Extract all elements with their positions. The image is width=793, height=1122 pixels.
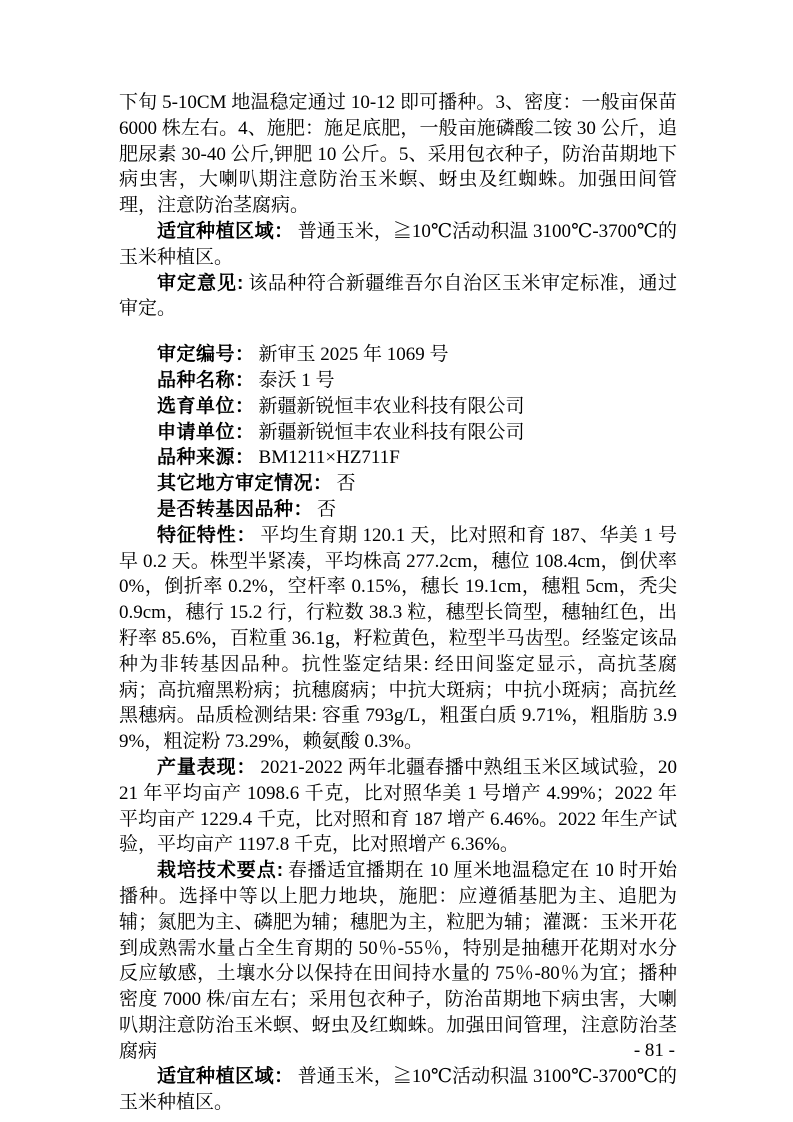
field-label: 品种来源： <box>157 447 255 468</box>
paragraph: 适宜种植区域：普通玉米，≧10℃活动积温 3100℃-3700℃的玉米种植区。 <box>119 1064 677 1116</box>
paragraph: 审定意见:该品种符合新疆维吾尔自治区玉米审定标准，通过审定。 <box>119 271 677 323</box>
field-value: 否 <box>337 473 356 494</box>
field-value: 泰沃 1 号 <box>259 370 335 391</box>
field-label: 审定编号： <box>157 344 255 365</box>
field-label: 申请单位： <box>157 422 255 443</box>
paragraph: 特征特性：平均生育期 120.1 天，比对照和育 187、华美 1 号早 0.2… <box>119 523 677 755</box>
field-label: 产量表现： <box>157 757 256 778</box>
field-value: 新审玉 2025 年 1069 号 <box>259 344 449 365</box>
field-value: 平均生育期 120.1 天，比对照和育 187、华美 1 号早 0.2 天。株型… <box>119 525 677 752</box>
field-label: 其它地方审定情况： <box>157 473 333 494</box>
field-value: 下旬 5-10CM 地温稳定通过 10-12 即可播种。3、密度：一般亩保苗 6… <box>119 92 677 216</box>
field-value: 新疆新锐恒丰农业科技有限公司 <box>259 396 525 417</box>
field-label: 品种名称： <box>157 370 255 391</box>
paragraph: 申请单位：新疆新锐恒丰农业科技有限公司 <box>119 420 677 446</box>
field-value: BM1211×HZ711F <box>259 447 400 468</box>
paragraph: 其它地方审定情况：否 <box>119 471 677 497</box>
page-number: - 81 - <box>634 1038 675 1063</box>
document-body: 下旬 5-10CM 地温稳定通过 10-12 即可播种。3、密度：一般亩保苗 6… <box>119 90 677 1116</box>
paragraph: 选育单位：新疆新锐恒丰农业科技有限公司 <box>119 394 677 420</box>
field-label: 栽培技术要点: <box>157 860 284 881</box>
paragraph: 栽培技术要点:春播适宜播期在 10 厘米地温稳定在 10 时开始播种。选择中等以… <box>119 858 677 1064</box>
field-label: 适宜种植区域： <box>157 221 294 242</box>
document-page: 下旬 5-10CM 地温稳定通过 10-12 即可播种。3、密度：一般亩保苗 6… <box>0 0 793 1122</box>
field-value: 新疆新锐恒丰农业科技有限公司 <box>259 422 525 443</box>
field-label: 特征特性： <box>157 525 256 546</box>
paragraph: 产量表现：2021-2022 两年北疆春播中熟组玉米区域试验，2021 年平均亩… <box>119 755 677 858</box>
paragraph: 适宜种植区域：普通玉米，≧10℃活动积温 3100℃-3700℃的玉米种植区。 <box>119 219 677 271</box>
field-label: 适宜种植区域： <box>157 1066 294 1087</box>
paragraph: 下旬 5-10CM 地温稳定通过 10-12 即可播种。3、密度：一般亩保苗 6… <box>119 90 677 219</box>
paragraph: 品种来源：BM1211×HZ711F <box>119 445 677 471</box>
paragraph: 审定编号：新审玉 2025 年 1069 号 <box>119 342 677 368</box>
field-label: 选育单位： <box>157 396 255 417</box>
field-label: 是否转基因品种： <box>157 499 313 520</box>
paragraph: 是否转基因品种：否 <box>119 497 677 523</box>
field-value: 否 <box>317 499 336 520</box>
field-label: 审定意见: <box>157 273 244 294</box>
paragraph: 品种名称：泰沃 1 号 <box>119 368 677 394</box>
paragraph-spacer <box>119 322 677 342</box>
field-value: 春播适宜播期在 10 厘米地温稳定在 10 时开始播种。选择中等以上肥力地块，施… <box>119 860 677 1062</box>
